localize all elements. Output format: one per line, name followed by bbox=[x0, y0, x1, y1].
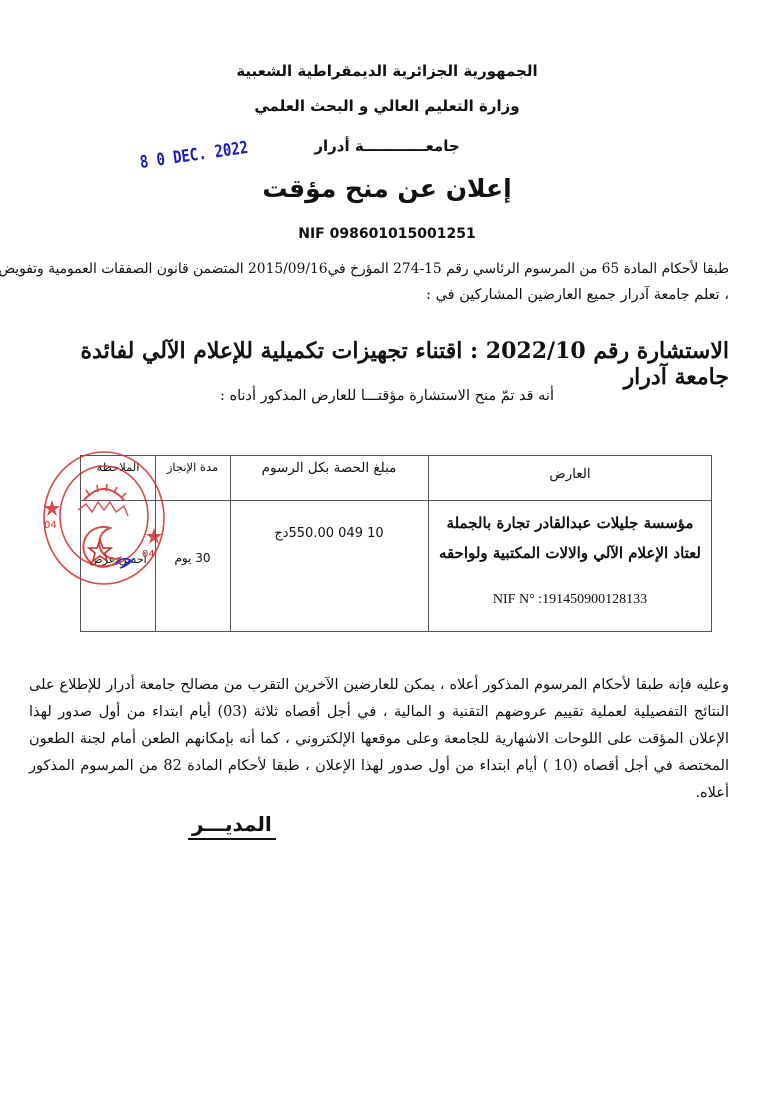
header-bidder: العارض bbox=[428, 466, 712, 482]
intro-line-2: ، تعلم جامعة آدرار جميع العارضين المشارك… bbox=[29, 282, 729, 308]
university-heading: جامعــــــــــــة أدرار bbox=[0, 137, 774, 155]
consultation-title: الاستشارة رقم 2022/10 : اقتناء تجهيزات ت… bbox=[29, 338, 729, 390]
header-amount: مبلغ الحصة بكل الرسوم bbox=[230, 460, 428, 476]
republic-heading: الجمهورية الجزائرية الديمقراطية الشعبية bbox=[0, 62, 774, 80]
bidder-nif: NIF N° :191450900128133 bbox=[428, 592, 712, 608]
announcement-title: إعلان عن منح مؤقت bbox=[0, 174, 774, 203]
svg-text:04: 04 bbox=[44, 520, 57, 531]
award-table: العارض مبلغ الحصة بكل الرسوم مدة الإنجاز… bbox=[80, 455, 712, 632]
bidder-name: مؤسسة جليلات عبدالقادر تجارة بالجملة لعت… bbox=[433, 508, 707, 568]
university-nif: NIF 098601015001251 bbox=[0, 226, 774, 242]
ministry-heading: وزارة التعليم العالي و البحث العلمي bbox=[0, 97, 774, 115]
svg-text:04: 04 bbox=[142, 549, 155, 560]
header-duration: مدة الإنجاز bbox=[155, 460, 230, 474]
intro-line-1: طبقا لأحكام المادة 65 من المرسوم الرئاسي… bbox=[29, 256, 729, 282]
seal-emblem-icon: 04 04 bbox=[38, 440, 166, 590]
header-divider bbox=[81, 500, 711, 501]
duration-value: 30 يوم bbox=[155, 551, 230, 565]
column-divider bbox=[230, 456, 231, 631]
official-seal: 04 04 bbox=[38, 440, 166, 590]
body-paragraph: وعليه فإنه طبقا لأحكام المرسوم المذكور أ… bbox=[29, 672, 729, 807]
intro-paragraph: طبقا لأحكام المادة 65 من المرسوم الرئاسي… bbox=[29, 256, 729, 308]
amount-value: 10 049 550.00دج bbox=[230, 526, 428, 541]
director-signature-title: المديـــر bbox=[188, 812, 276, 840]
grant-statement: أنه قد تمّ منح الاستشارة مؤقتـــا للعارض… bbox=[0, 388, 774, 404]
